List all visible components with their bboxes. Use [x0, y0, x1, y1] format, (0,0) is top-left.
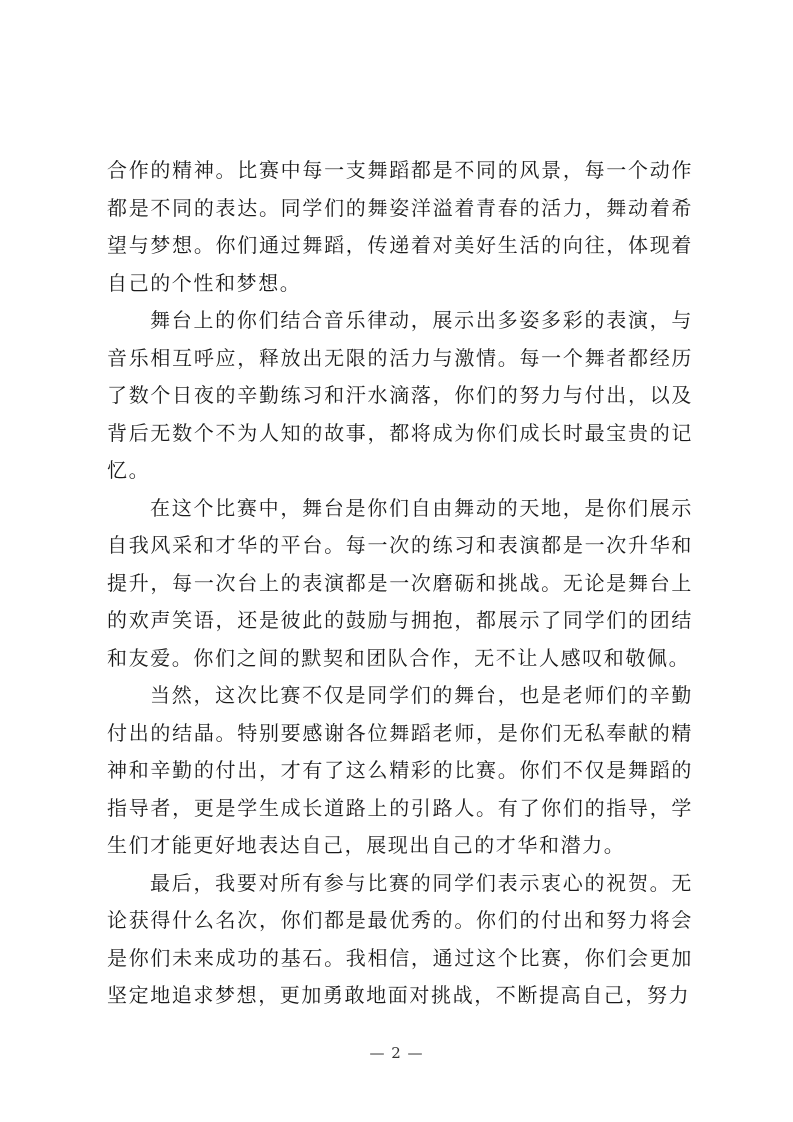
paragraph-4: 当然，这次比赛不仅是同学们的舞台，也是老师们的辛勤付出的结晶。特别要感谢各位舞蹈… — [107, 677, 693, 865]
document-page: 合作的精神。比赛中每一支舞蹈都是不同的风景，每一个动作都是不同的表达。同学们的舞… — [0, 0, 793, 1122]
paragraph-5: 最后，我要对所有参与比赛的同学们表示衷心的祝贺。无论获得什么名次，你们都是最优秀… — [107, 865, 693, 1015]
document-body: 合作的精神。比赛中每一支舞蹈都是不同的风景，每一个动作都是不同的表达。同学们的舞… — [107, 152, 693, 1015]
page-number: — 2 — — [0, 1044, 793, 1062]
paragraph-3: 在这个比赛中，舞台是你们自由舞动的天地，是你们展示自我风采和才华的平台。每一次的… — [107, 490, 693, 678]
paragraph-2: 舞台上的你们结合音乐律动，展示出多姿多彩的表演，与音乐相互呼应，释放出无限的活力… — [107, 302, 693, 490]
paragraph-1: 合作的精神。比赛中每一支舞蹈都是不同的风景，每一个动作都是不同的表达。同学们的舞… — [107, 152, 693, 302]
